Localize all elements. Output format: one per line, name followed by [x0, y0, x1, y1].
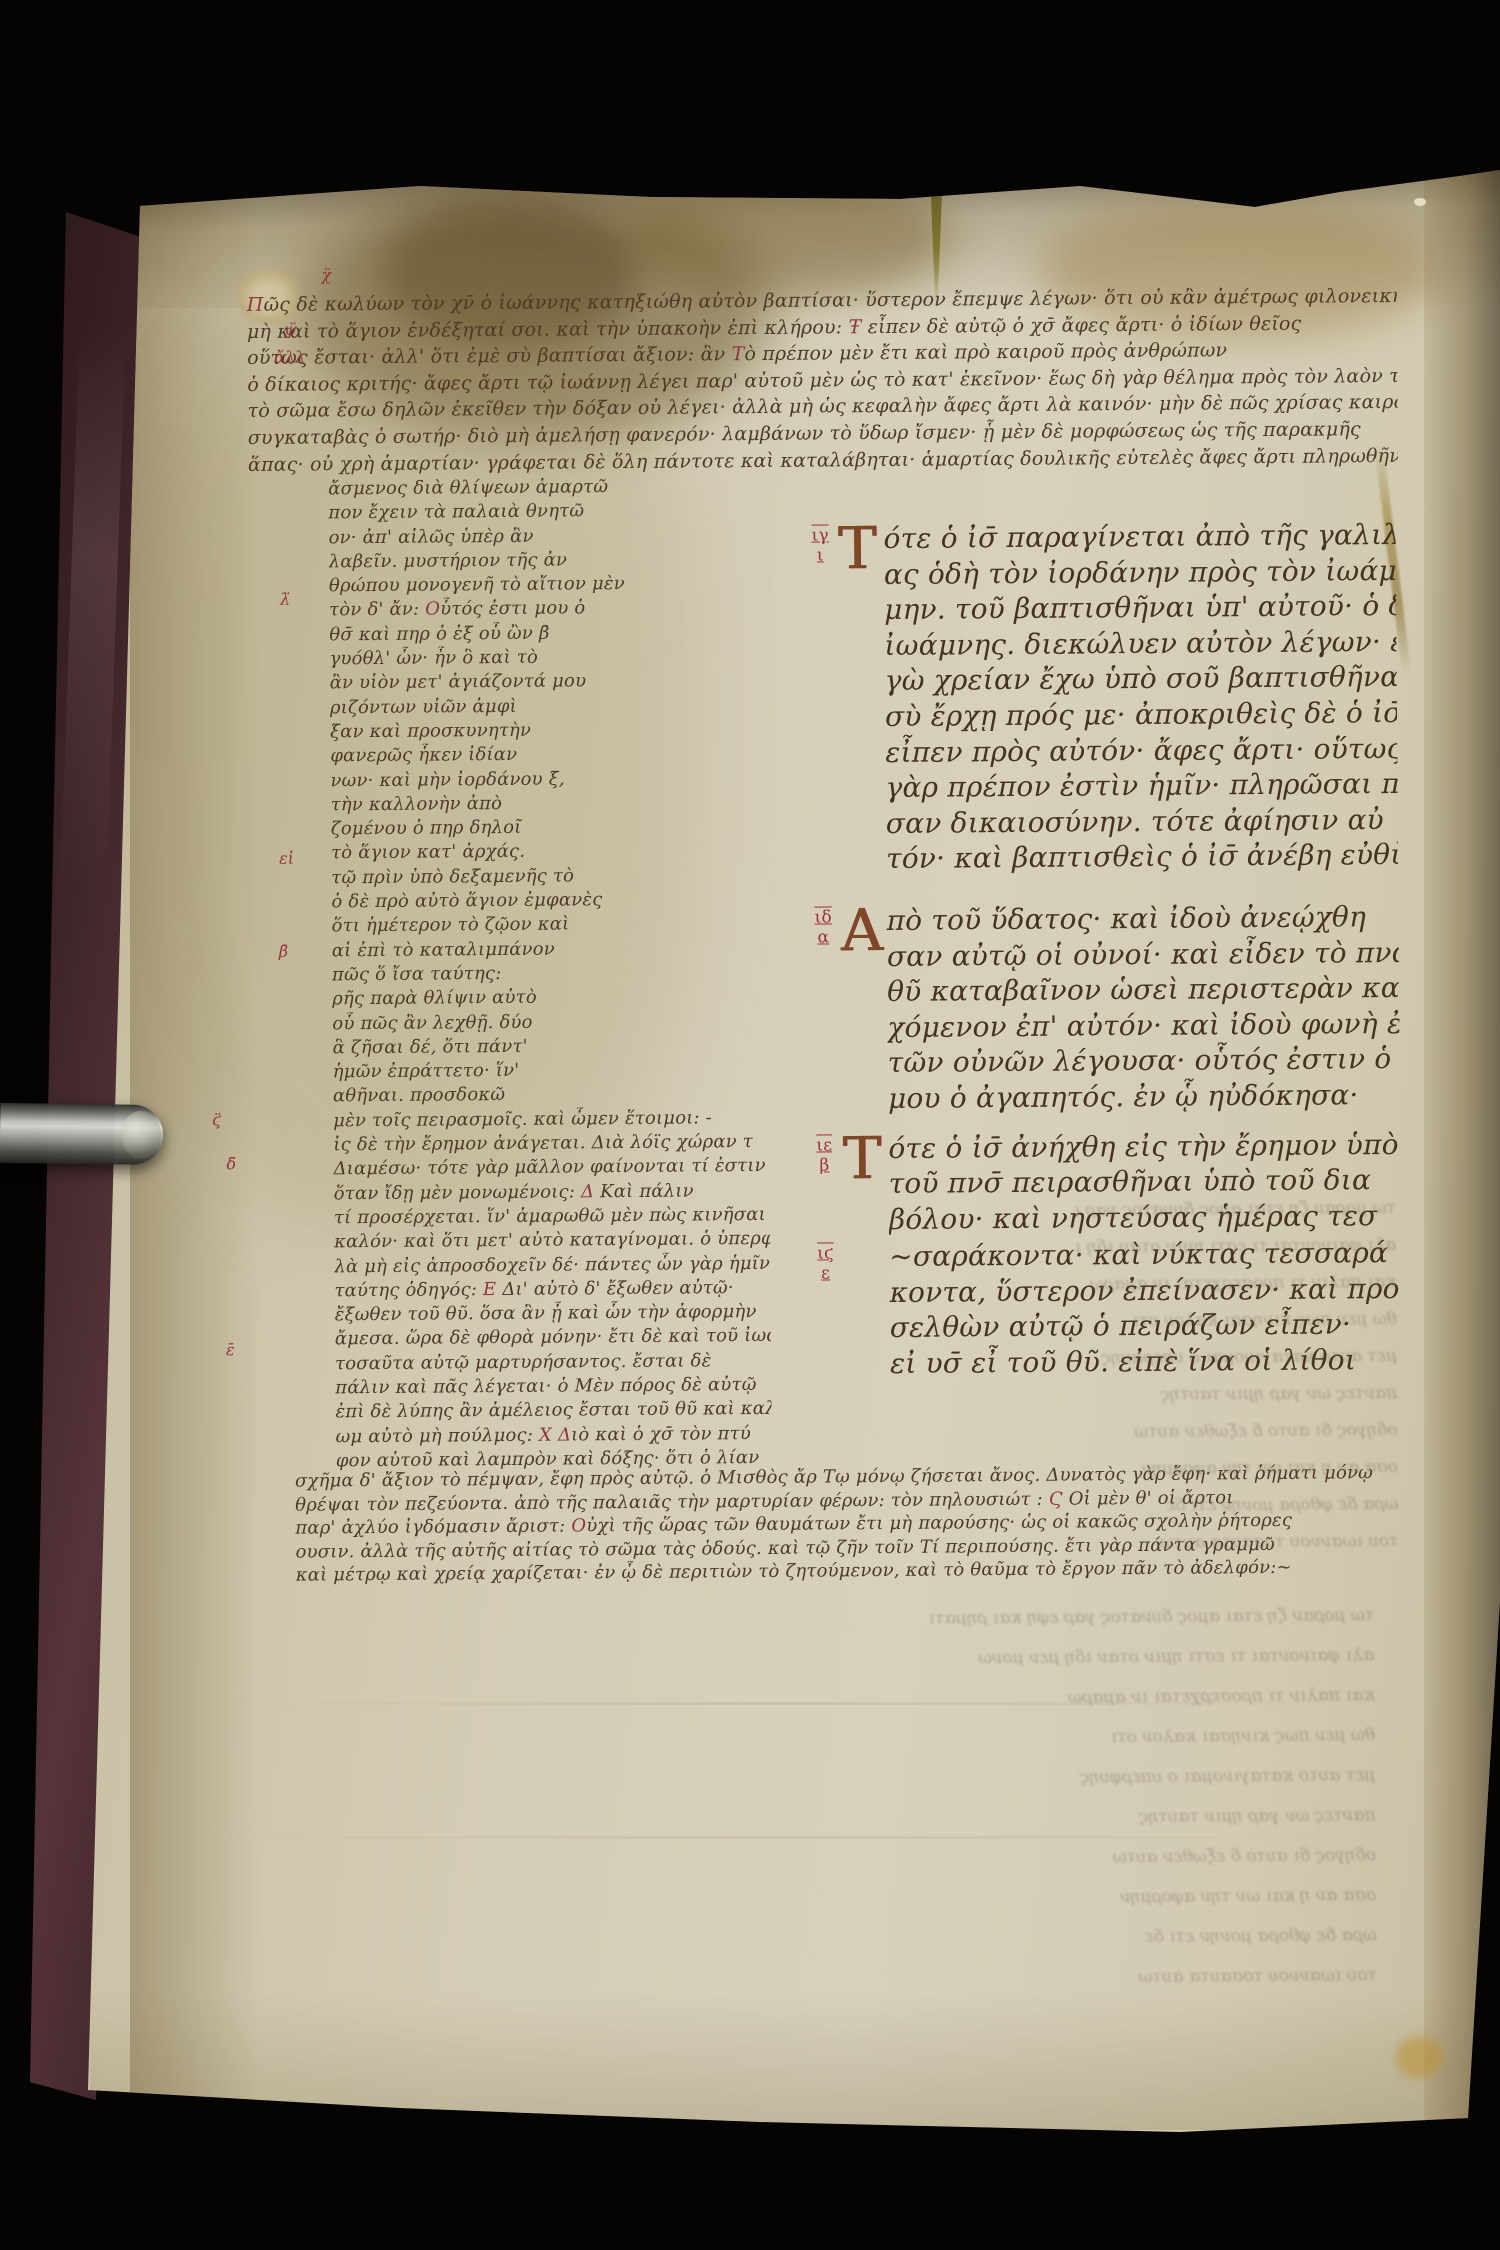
text-line: ὅτι ἡμέτερον τὸ ζῷον καὶ [332, 911, 768, 939]
rubric-letter: Ε [483, 1279, 497, 1300]
top-commentary-block: Πῶς δὲ κωλύων τὸν χν̄ ὁ ἰωάννης κατηξιώθ… [247, 283, 1398, 478]
text-line: ωμ αὐτὸ μὴ πούλμος: Χ Διὸ καὶ ὁ χσ̄ τὸν … [336, 1421, 772, 1449]
lemma-line: σαν αὐτῷ οἱ οὐνοί· καὶ εἶδεν τὸ πνα τοῦ [887, 935, 1399, 975]
lemma-line: θῦ καταβαῖνον ὡσεὶ περιστερὰν καὶ ἐρ [887, 970, 1399, 1010]
text-line: ριζόντων υἱῶν ἀμφὶ [330, 693, 766, 721]
lemma-line: μην. τοῦ βαπτισθῆναι ὑπ' αὐτοῦ· ὁ δὲ [884, 588, 1396, 628]
text-line: πάλιν καὶ πᾶς λέγεται· ὁ Μὲν πόρος δὲ αὐ… [335, 1373, 771, 1401]
text-line: μετ αυτο καταγινομαι ο υπερφυης [1077, 1338, 1397, 1378]
text-line: τὸν δ' ἄν: Οὗτός ἐστι μου ὁ [329, 595, 765, 623]
text-line: τὴν καλλονὴν ἀπὸ [331, 790, 767, 818]
text-line: ἂν υἱὸν μετ' ἁγιάζοντά μου [330, 668, 766, 696]
rubric-letter: Π [247, 294, 264, 316]
text-line: οὗ πῶς ἂν λεχθῇ. δύο [332, 1008, 768, 1036]
text-line: θω μεν πως κινησαι καλον οτι [1077, 1301, 1397, 1341]
text-line: μὲν τοῖς πειρασμοῖς. καὶ ὦμεν ἕτοιμοι: - [333, 1106, 769, 1134]
verso-showthrough-side: τω μοραν ζη εται αμος δυνατος γαρ εφη κα… [1076, 1190, 1399, 1563]
text-line: τοσαῦτα αὐτῷ μαρτυρήσαντος. ἔσται δὲ [335, 1349, 771, 1377]
text-line: ὅταν ἴδῃ μὲν μονωμένοις: Δ Καὶ πάλιν [334, 1179, 770, 1207]
rubric-letter: Χ [539, 1424, 552, 1445]
text-line: του ιωαννου τοσαυτα αυτω [337, 1955, 1377, 2003]
decorated-initial: Τ [837, 519, 876, 577]
rubric-letter: Ϛ [1049, 1488, 1063, 1509]
lemma-line: πὸ τοῦ ὕδατος· καὶ ἰδοὺ ἀνεῴχθη [886, 899, 1398, 939]
spine-sheen [60, 329, 126, 890]
text-line: θρώπου μονογενῆ τὸ αἴτιον μὲν [329, 571, 765, 599]
rubric-letter: Τ [731, 343, 744, 365]
lemma-line: σὺ ἔρχῃ πρός με· ἀποκριθεὶς δὲ ὁ ἰσ̄ [885, 695, 1397, 735]
marginal-rubric: ε̄ [226, 1340, 235, 1359]
text-line: ἃ ζῆσαι δέ, ὅτι πάντ' [332, 1033, 768, 1061]
text-line: ταύτης ὁδηγός: Ε Δι' αὐτὸ δ' ἔξωθεν αὐτῷ… [334, 1276, 770, 1304]
text-line: τω μοραν ζη εται αμος δυνατος γαρ εφη κα… [1076, 1190, 1396, 1230]
marginal-rubric: χ̈ [321, 265, 331, 284]
paper-tuft [1294, 182, 1308, 191]
text-line: τῷ πρὶν ὑπὸ δεξαμενῆς τὸ [331, 863, 767, 891]
marginal-rubric: λ̈ [280, 590, 290, 609]
text-line: ἄμεσα. ὥρα δὲ φθορὰ μόνην· ἔτι δὲ καὶ το… [335, 1324, 771, 1352]
left-commentary-column: ἄσμενος διὰ θλίψεων ἁμαρτῶπον ἔχειν τὰ π… [328, 474, 772, 1474]
red-marginalia: χ̈ψ̈ἄλλλ̈εἰβ̄ϛ̈δ̄ε̄ [0, 0, 1491, 6]
section-number: ιγι [811, 525, 829, 565]
text-line: ωρα δε φθορα μονην ετι δε [1078, 1486, 1398, 1526]
lemma-line: χόμενον ἐπ' αὐτόν· καὶ ἰδοὺ φωνὴ ἐκ [887, 1006, 1399, 1046]
lemma-line: ας ὁδὴ τὸν ἰορδάνην πρὸς τὸν ἰωάμ [884, 553, 1396, 593]
marginal-rubric: εἰ [279, 849, 294, 868]
marginal-rubric: ϛ̈ [212, 1110, 221, 1129]
text-line: γυόθλ' ὧν· ἦν ὃ καὶ τὸ [329, 644, 765, 672]
text-line: πῶς ὅ ἴσα ταύτης: [332, 960, 768, 988]
lemma-line: τόν· καὶ βαπτισθεὶς ὁ ἰσ̄ ἀνέβη εὐθὺς [886, 837, 1398, 877]
parchment-page: Πῶς δὲ κωλύων τὸν χν̄ ὁ ἰωάννης κατηξιώθ… [0, 0, 1500, 2250]
lemma-line: μου ὁ ἀγαπητός. ἐν ᾧ ηὐδόκησα· [888, 1077, 1400, 1117]
section-number: ιεβ [816, 1135, 832, 1175]
text-line: ἄσμενος διὰ θλίψεων ἁμαρτῶ [328, 474, 764, 502]
section-number: ιϛε [817, 1244, 834, 1284]
lemma-line: ότε ὁ ἰσ̄ ἀνήχθη εἰς τὴν ἔρημον ὑπὸ [888, 1126, 1400, 1166]
verso-showthrough-text: τω μοραν ζη εται αμος δυνατος γαρ εφη κα… [334, 1595, 1377, 2003]
rod-glass-tip [121, 1111, 162, 1160]
lemma-line: ἰωάμνης. διεκώλυεν αὐτὸν λέγων· ἐ [884, 624, 1396, 664]
text-line: θσ̄ καὶ πηρ ὁ ἐξ οὗ ὢν β̄ [329, 620, 765, 648]
gospel-section: ιγιΤότε ὁ ἰσ̄ παραγίνεται ἀπὸ τῆς γαλιλα… [883, 517, 1398, 877]
rubric-letter: Ο [425, 599, 440, 620]
text-line: Διαμέσω· τότε γὰρ μᾶλλον φαίνονται τί ἐσ… [333, 1154, 769, 1182]
page-holder-rod[interactable] [0, 1103, 163, 1165]
text-line: καλόν· καὶ ὅτι μετ' αὐτὸ καταγίνομαι. ὁ … [334, 1227, 770, 1255]
text-line: ἔξωθεν τοῦ θῦ. ὅσα ἂν ᾖ καὶ ὧν τὴν ἀφορμ… [335, 1300, 771, 1328]
section-number: ιδα [814, 907, 832, 947]
text-line: του ιωαννου τοσαυτα αυτω [1078, 1523, 1398, 1563]
lemma-line: γὼ χρείαν ἔχω ὑπὸ σοῦ βαπτισθῆναι. ς [885, 659, 1397, 699]
text-line: αθῆναι. προσδοκῶ [333, 1081, 769, 1109]
lemma-line: γὰρ πρέπον ἐστὶν ἡμῖν· πληρῶσαι πᾶ [885, 766, 1397, 806]
text-line: και παλιν τι προσερχεται ιν αμαρω [1076, 1264, 1396, 1304]
marginal-rubric: β̄ [279, 942, 288, 961]
rubric-letter: Ο [571, 1516, 586, 1537]
text-line: αἱ ἐπὶ τὸ καταλιμπάνον [332, 936, 768, 964]
manuscript-photograph: Πῶς δὲ κωλύων τὸν χν̄ ὁ ἰωάννης κατηξιώθ… [0, 0, 1500, 2250]
text-line: τί προσέρχεται. ἵν' ἁμαρωθῶ μὲν πὼς κινῆ… [334, 1203, 770, 1231]
text-line: λὰ μὴ εἰς ἀπροσδοχεῖν δέ· πάντες ὧν γὰρ … [334, 1251, 770, 1279]
text-line: οσα αν η και ων την αφορμην [1078, 1449, 1398, 1489]
text-line: οδηγος δι αυτο δ εξωθεν αυτω [1077, 1412, 1397, 1452]
marginal-rubric: ἄλλ [274, 348, 305, 367]
text-line: ἰς δὲ τὴν ἔρημον ἀνάγεται. Διὰ λόϊς χώρα… [333, 1130, 769, 1158]
text-line: ζομένου ὁ πηρ δηλοῖ [331, 814, 767, 842]
text-line: λαβεῖν. μυστήριον τῆς ἀν [329, 547, 765, 575]
rubric-letter: Δ [581, 1181, 594, 1202]
text-layer: Πῶς δὲ κωλύων τὸν χν̄ ὁ ἰωάννης κατηξιώθ… [0, 0, 1500, 2250]
text-line: πον ἔχειν τὰ παλαιὰ θνητῶ [328, 498, 764, 526]
text-line: ρῆς παρὰ θλίψιν αὐτὸ [332, 984, 768, 1012]
gospel-section: ιδαΑπὸ τοῦ ὕδατος· καὶ ἰδοὺ ἀνεῴχθησαν α… [886, 899, 1400, 1117]
lemma-line: σαν δικαιοσύνην. τότε ἀφίησιν αὐ [886, 802, 1398, 842]
lemma-line: ότε ὁ ἰσ̄ παραγίνεται ἀπὸ τῆς γαλιλαί [883, 517, 1395, 557]
decorated-initial: Α [840, 901, 883, 959]
text-line: ἡμῶν ἐπράττετο· ἵν' [333, 1057, 769, 1085]
decorated-initial: Τ [842, 1129, 881, 1187]
marginal-rubric: ψ̈ [284, 320, 297, 339]
lemma-line: τῶν οὐνῶν λέγουσα· οὗτός ἐστιν ὁ υἱός [888, 1041, 1400, 1081]
text-line: παντες ων γαρ ημιν ταυτης [1077, 1375, 1397, 1415]
text-line: τὸ ἅγιον κατ' ἀρχάς. [331, 838, 767, 866]
text-line: ξαν καὶ προσκυνητὴν [330, 717, 766, 745]
text-line: ον· ἀπ' αἰλῶς ὑπὲρ ἂν [328, 523, 764, 551]
text-line: φανερῶς ἧκεν ἰδίαν [330, 741, 766, 769]
rubric-letter: Ŧ [849, 316, 862, 338]
text-line: αλι φαινονται τι εστι ημιν οταν ιδη μεν … [1076, 1227, 1396, 1267]
text-line: ὁ δὲ πρὸ αὐτὸ ἅγιον ἐμφανὲς [331, 887, 767, 915]
text-line: νων· καὶ μὴν ἰορδάνου ξ, [330, 766, 766, 794]
marginal-rubric: δ̄ [226, 1154, 236, 1173]
rubric-letter: Δ [558, 1424, 571, 1445]
text-line: ἐπὶ δὲ λύπης ἂν ἀμέλειος ἔσται τοῦ θῦ κα… [335, 1397, 771, 1425]
lemma-line: εἶπεν πρὸς αὐτόν· ἄφες ἄρτι· οὕτως [885, 731, 1397, 771]
